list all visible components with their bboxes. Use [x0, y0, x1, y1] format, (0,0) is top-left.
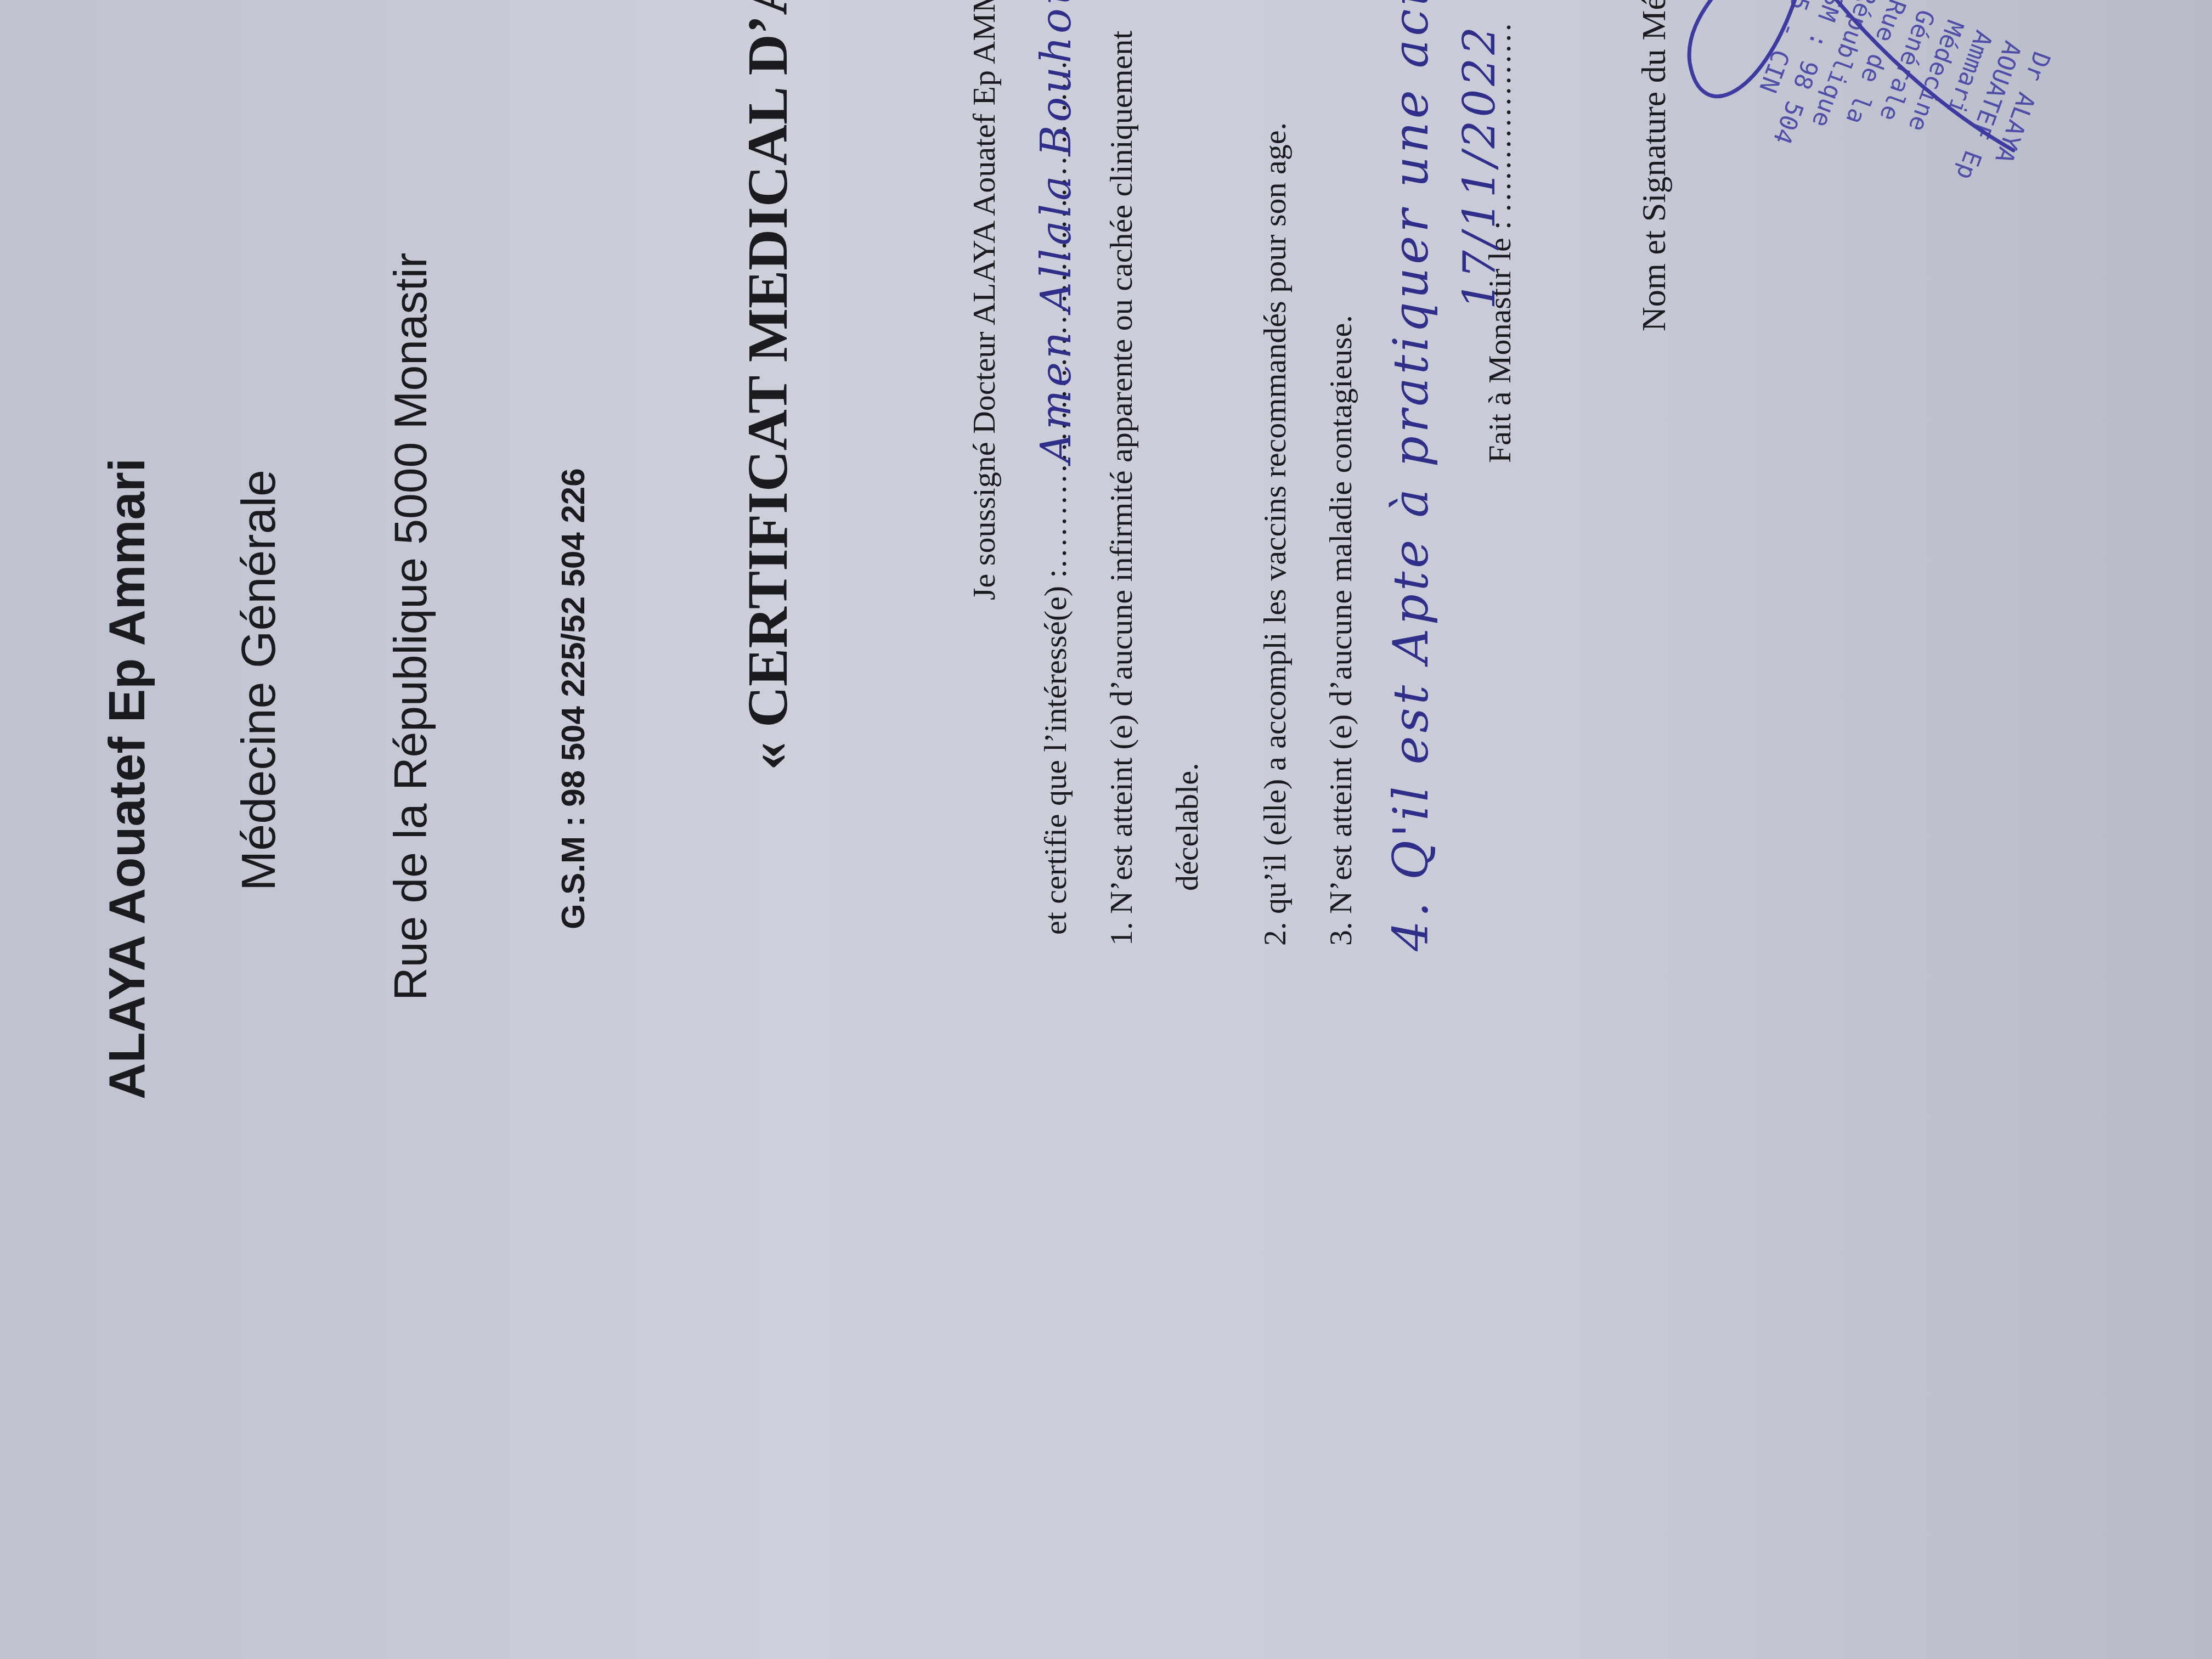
- date-handwritten: 17/11/2022: [1454, 24, 1505, 309]
- item-3: 3. N’est atteint (e) d’aucune maladie co…: [1322, 315, 1359, 946]
- item-2: 2. qu’il (elle) a accompli les vaccins r…: [1256, 122, 1293, 946]
- item-4-handwritten: 4. Q'il est Apte à pratiquer une activit…: [1383, 0, 1439, 951]
- doctor-address: Rue de la République 5000 Monastir: [384, 252, 437, 1001]
- signature-icon: [1657, 0, 2041, 205]
- intro-line-1: Je soussigné Docteur ALAYA Aouatef Ep AM…: [966, 0, 1002, 600]
- item-1: 1. N’est atteint (e) d’aucune infirmité …: [1103, 31, 1139, 946]
- item-1-continued: décelable.: [1169, 763, 1205, 891]
- certificate-page: Docteur ALAYA Aouatef Ep Ammari Médecine…: [0, 0, 2212, 1659]
- doctor-phone: G.S.M : 98 504 225/52 504 226: [554, 468, 592, 929]
- patient-name-handwritten: Amen Allala Bouhou: [1031, 0, 1080, 463]
- certificate-title: « CERTIFICAT MEDICAL D’APTITUDE »: [735, 0, 800, 770]
- doctor-speciality: Médecine Générale: [230, 470, 286, 891]
- doctor-title: Docteur: [0, 945, 8, 1077]
- doctor-name: ALAYA Aouatef Ep Ammari: [99, 458, 156, 1099]
